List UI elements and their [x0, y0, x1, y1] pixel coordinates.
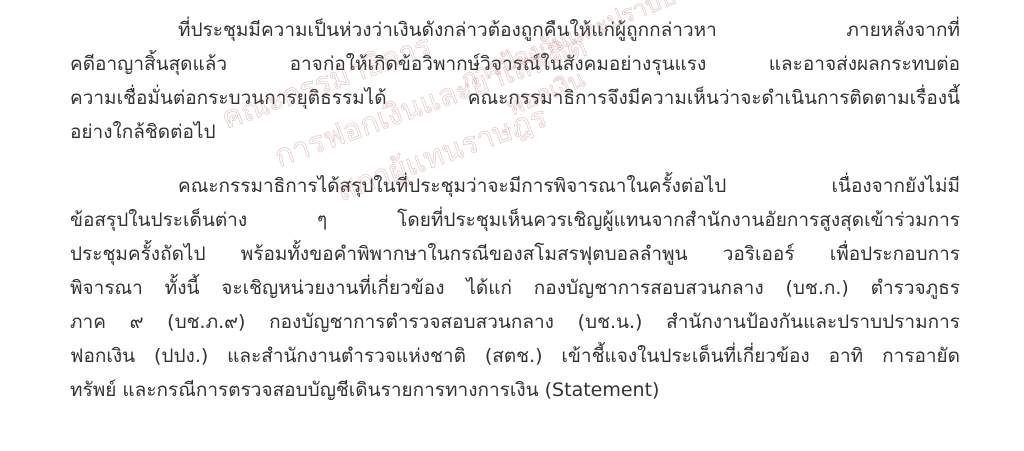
paragraph-line: ที่ประชุมมีความเป็นห่วงว่าเงินดังกล่าวต้… [178, 13, 960, 47]
paragraph-line: ทรัพย์ และกรณีการตรวจสอบบัญชีเดินรายการท… [70, 373, 960, 407]
paragraph-line: คณะกรรมาธิการได้สรุปในที่ประชุมว่าจะมีกา… [178, 169, 960, 203]
paragraph-line: ข้อสรุปในประเด็นต่าง ๆ โดยที่ประชุมเห็นค… [70, 203, 960, 237]
document-page: ที่ประชุมมีความเป็นห่วงว่าเงินดังกล่าวต้… [0, 0, 1024, 451]
paragraph-line: อย่างใกล้ชิดต่อไป [70, 115, 960, 149]
paragraph-line: พิจารณา ทั้งนี้ จะเชิญหน่วยงานที่เกี่ยวข… [70, 271, 960, 305]
paragraph-line: คดีอาญาสิ้นสุดแล้ว อาจก่อให้เกิดข้อวิพาก… [70, 47, 960, 81]
paragraph-line: ภาค ๙ (บช.ภ.๙) กองบัญชาการตำรวจสอบสวนกลา… [70, 305, 960, 339]
paragraph-line: ความเชื่อมั่นต่อกระบวนการยุติธรรมได้ คณะ… [70, 81, 960, 115]
paragraph-line: ฟอกเงิน (ปปง.) และสำนักงานตำรวจแห่งชาติ … [70, 339, 960, 373]
paragraph-line: ประชุมครั้งถัดไป พร้อมทั้งขอคำพิพากษาในก… [70, 237, 960, 271]
